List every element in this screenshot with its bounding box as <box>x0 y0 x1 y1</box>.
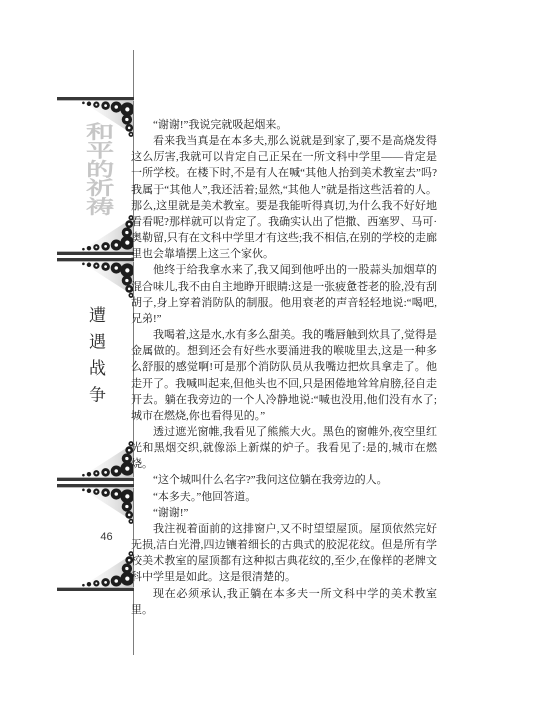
sidebar-series-box: 和平的祈祷 <box>57 97 134 255</box>
body-text: “谢谢!”我说完就吸起烟来。 看来我当真是在本多夫,那么说就是到家了,要不是高烧… <box>131 117 437 618</box>
paragraph: 透过遮光窗帷,我看见了熊熊大火。黑色的窗帷外,夜空里红光和黑烟交织,就像添上新煤… <box>131 424 437 472</box>
corner-ornament-icon <box>81 440 133 477</box>
paragraph: “谢谢!” <box>131 505 437 521</box>
paragraph: “本多夫。”他回答道。 <box>131 489 437 505</box>
corner-ornament-icon <box>81 488 133 525</box>
series-title: 和平的祈祷 <box>81 122 109 216</box>
paragraph: 他终于给我拿水来了,我又闻到他呼出的一股蒜头加烟草的混合味儿,我不由自主地睁开眼… <box>131 262 437 327</box>
paragraph: 看来我当真是在本多夫,那么说就是到家了,要不是高烧发得这么厉害,我就可以肯定自己… <box>131 133 437 262</box>
paragraph: “这个城叫什么名字?”我问这位躺在我旁边的人。 <box>131 472 437 488</box>
sidebar-pagenum-box: 46 <box>57 484 134 591</box>
sidebar-chapter-box: 遭遇战争 <box>57 258 134 481</box>
paragraph: 我喝着,这是水,水有多么甜美。我的嘴唇触到炊具了,觉得是金属做的。想到还会有好些… <box>131 327 437 424</box>
paragraph: 我注视着面前的这排窗户,又不时望望屋顶。屋顶依然完好无损,洁白光滑,四边镶着细长… <box>131 521 437 586</box>
paragraph: “谢谢!”我说完就吸起烟来。 <box>131 117 437 133</box>
corner-ornament-icon <box>81 214 133 251</box>
corner-ornament-icon <box>81 262 133 299</box>
page-number: 46 <box>57 531 134 543</box>
book-page: 和平的祈祷 遭遇战争 46 “谢谢!”我说完就吸起烟来。 看来我当真是在本多夫,… <box>0 0 550 711</box>
paragraph: 现在必须承认,我正躺在本多夫一所文科中学的美术教室里。 <box>131 586 437 618</box>
corner-ornament-icon <box>81 550 133 587</box>
chapter-title: 遭遇战争 <box>87 306 104 412</box>
